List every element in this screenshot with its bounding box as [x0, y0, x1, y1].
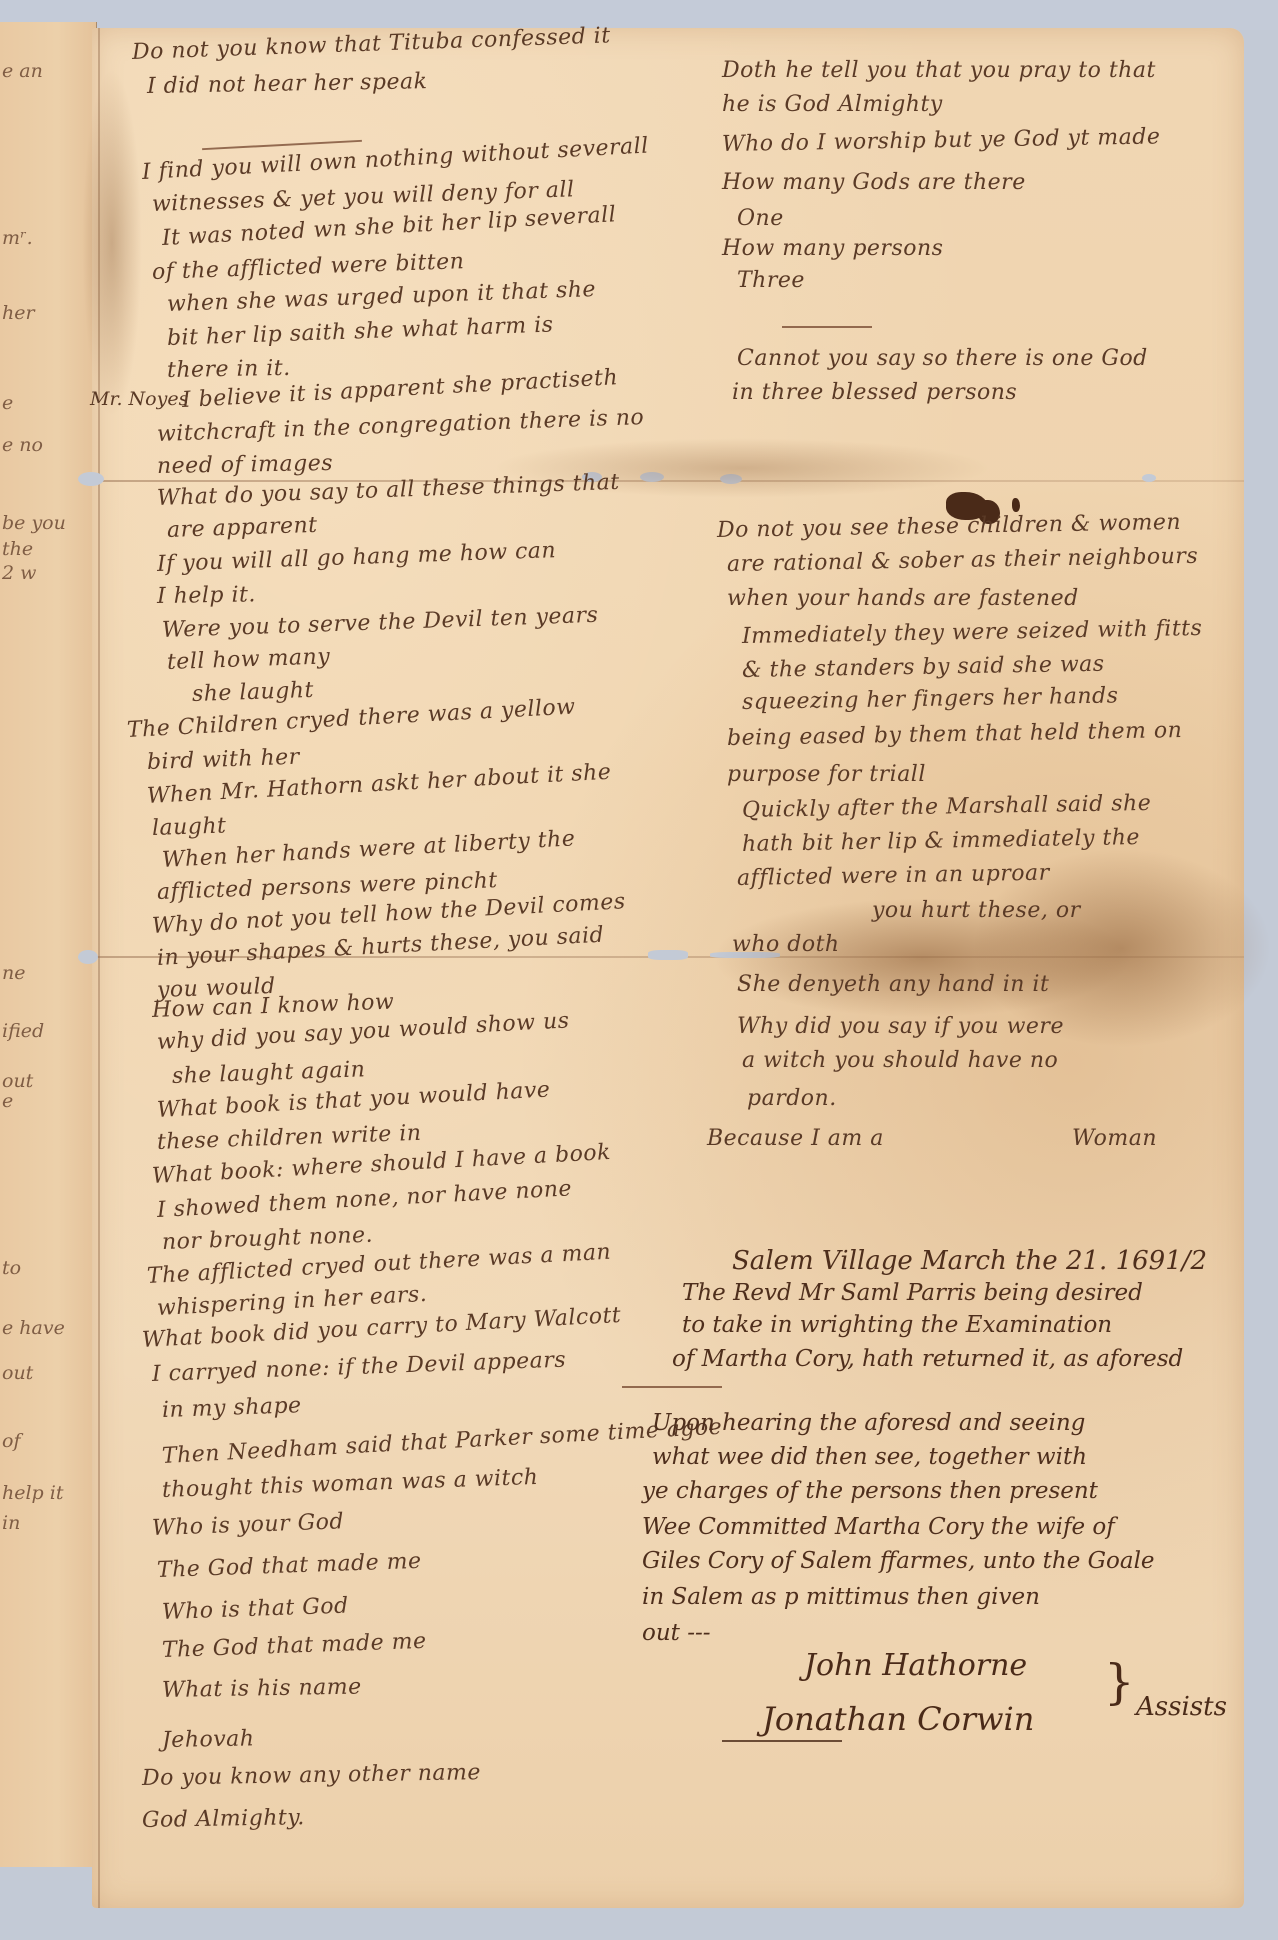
- commitment-line: ye charges of the persons then present: [642, 1478, 1098, 1504]
- handwritten-line: there in it.: [167, 356, 291, 383]
- signature-title: Assists: [1136, 1692, 1227, 1722]
- previous-leaf-fragment: e: [2, 1090, 13, 1112]
- handwritten-line: I help it.: [157, 582, 256, 609]
- handwritten-line: Jehovah: [162, 1726, 255, 1753]
- signature-brace: }: [1104, 1654, 1135, 1710]
- attestation-line: The Revd Mr Saml Parris being desired: [682, 1280, 1143, 1306]
- handwritten-line: Do you know any other name: [142, 1760, 481, 1791]
- signature-corwin: Jonathan Corwin: [762, 1700, 1034, 1738]
- handwritten-line: If you will all go hang me how can: [157, 538, 557, 577]
- handwritten-line: Because I am a: [707, 1126, 884, 1151]
- handwritten-line: purpose for triall: [727, 762, 926, 787]
- handwritten-line: Immediately they were seized with fitts: [742, 616, 1203, 649]
- handwritten-line: hath bit her lip & immediately the: [742, 825, 1140, 857]
- commitment-line: out ---: [642, 1620, 711, 1646]
- backdrop: [0, 0, 1278, 30]
- handwritten-line: Do not you see these children & women: [717, 510, 1182, 543]
- handwritten-line: What is his name: [162, 1675, 362, 1703]
- handwritten-line: The God that made me: [162, 1629, 427, 1663]
- handwritten-line: when she was urged upon it that she: [167, 277, 597, 317]
- commitment-line: Giles Cory of Salem ffarmes, unto the Go…: [642, 1548, 1155, 1574]
- handwritten-line: you hurt these, or: [872, 898, 1081, 923]
- previous-leaf-fragment: e have: [2, 1317, 65, 1339]
- handwritten-line: Three: [737, 268, 805, 293]
- previous-leaf-fragment: help it: [2, 1482, 63, 1504]
- attestation-heading: Salem Village March the 21. 1691/2: [732, 1246, 1207, 1276]
- fold-hole: [78, 950, 98, 964]
- handwritten-line: Then Needham said that Parker some time …: [161, 1415, 722, 1469]
- handwritten-line: these children write in: [157, 1121, 422, 1155]
- handwritten-line: I carryed none: if the Devil appears: [152, 1348, 567, 1387]
- handwritten-line: God Almighty.: [142, 1805, 305, 1833]
- previous-leaf-fragment: 2 w: [2, 562, 36, 584]
- previous-leaf-fragment: be you: [2, 512, 66, 534]
- handwritten-line: need of images: [157, 451, 333, 479]
- left-column: Mr. Noyes Do not you know that Tituba co…: [102, 28, 662, 1908]
- handwritten-line: witchcraft in the congregation there is …: [157, 405, 645, 447]
- handwritten-line: Doth he tell you that you pray to that: [722, 58, 1156, 83]
- handwritten-line: Who do I worship but ye God yt made: [722, 124, 1161, 157]
- handwritten-line: Woman: [1072, 1126, 1157, 1151]
- handwritten-line: bird with her: [147, 745, 301, 775]
- previous-leaf-fragment: e no: [2, 434, 43, 456]
- previous-leaf-fragment: ne: [2, 962, 25, 984]
- previous-leaf-fragment: e an: [2, 60, 43, 82]
- handwritten-line: How many Gods are there: [722, 170, 1026, 195]
- handwritten-line: in my shape: [162, 1393, 302, 1423]
- previous-leaf-fragment: to: [2, 1257, 21, 1279]
- commitment-line: what wee did then see, together with: [652, 1444, 1087, 1470]
- attestation-line: of Martha Cory, hath returned it, as afo…: [672, 1346, 1183, 1372]
- handwritten-line: afflicted were in an uproar: [737, 861, 1050, 891]
- signature-flourish: [722, 1740, 842, 1742]
- handwritten-line: & the standers by said she was: [742, 652, 1105, 683]
- margin-note-noyes: Mr. Noyes: [90, 388, 188, 410]
- commitment-line: Wee Committed Martha Cory the wife of: [642, 1514, 1115, 1540]
- handwritten-line: are rational & sober as their neighbours: [727, 544, 1199, 577]
- handwritten-line: when your hands are fastened: [727, 586, 1079, 611]
- previous-leaf-strip: e anmʳ.heree nobe youthe2 wneifiedouteto…: [0, 22, 97, 1867]
- previous-leaf-fragment: of: [2, 1430, 20, 1452]
- previous-leaf-fragment: in: [2, 1512, 20, 1534]
- right-column: Doth he tell you that you pray to thathe…: [722, 28, 1242, 1908]
- previous-leaf-fragment: mʳ.: [2, 227, 33, 249]
- handwritten-line: Why did you say if you were: [737, 1014, 1064, 1039]
- handwritten-line: nor brought none.: [162, 1223, 374, 1255]
- signature-hathorne: John Hathorne: [804, 1648, 1027, 1683]
- handwritten-line: being eased by them that held them on: [727, 718, 1183, 751]
- handwritten-line: Do not you know that Tituba confessed it: [132, 23, 611, 65]
- handwritten-line: a witch you should have no: [742, 1048, 1058, 1073]
- handwritten-line: in three blessed persons: [732, 380, 1017, 405]
- commitment-line: Upon hearing the aforesd and seeing: [652, 1410, 1085, 1436]
- previous-leaf-fragment: out: [2, 1362, 33, 1384]
- handwritten-line: Cannot you say so there is one God: [737, 346, 1148, 371]
- handwritten-line: How many persons: [722, 236, 943, 261]
- section-divider: [202, 140, 362, 150]
- handwritten-line: Were you to serve the Devil ten years: [162, 603, 599, 643]
- handwritten-line: tell how many: [167, 644, 331, 675]
- handwritten-line: he is God Almighty: [722, 92, 943, 117]
- handwritten-line: she laught: [192, 678, 315, 707]
- handwritten-line: laught: [152, 813, 227, 841]
- handwritten-line: I did not hear her speak: [147, 69, 428, 99]
- manuscript-leaf: Mr. Noyes Do not you know that Tituba co…: [92, 28, 1244, 1908]
- attestation-line: to take in wrighting the Examination: [682, 1312, 1112, 1338]
- handwritten-line: pardon.: [747, 1086, 837, 1111]
- previous-leaf-fragment: her: [2, 302, 35, 324]
- handwritten-line: The God that made me: [157, 1549, 422, 1583]
- previous-leaf-fragment: ified: [2, 1020, 44, 1042]
- handwritten-line: of the afflicted were bitten: [152, 249, 465, 285]
- handwritten-line: Who is that God: [162, 1593, 349, 1625]
- flourish-line: [622, 1386, 722, 1388]
- handwritten-line: Who is your God: [152, 1509, 345, 1541]
- previous-leaf-fragment: the: [2, 538, 33, 560]
- handwritten-line: thought this woman was a witch: [162, 1465, 539, 1503]
- handwritten-line: bit her lip saith she what harm is: [167, 313, 554, 351]
- handwritten-line: One: [737, 206, 784, 231]
- previous-leaf-fragment: e: [2, 392, 13, 414]
- fold-hole: [78, 472, 104, 486]
- handwritten-line: Quickly after the Marshall said she: [742, 791, 1152, 823]
- handwritten-line: she laught again: [172, 1057, 366, 1089]
- previous-leaf-fragment: out: [2, 1070, 33, 1092]
- handwritten-line: who doth: [732, 932, 840, 957]
- handwritten-line: are apparent: [167, 513, 318, 543]
- section-divider: [782, 326, 872, 328]
- handwritten-line: squeezing her fingers her hands: [742, 683, 1119, 715]
- commitment-line: in Salem as p mittimus then given: [642, 1584, 1040, 1610]
- handwritten-line: She denyeth any hand in it: [737, 972, 1049, 997]
